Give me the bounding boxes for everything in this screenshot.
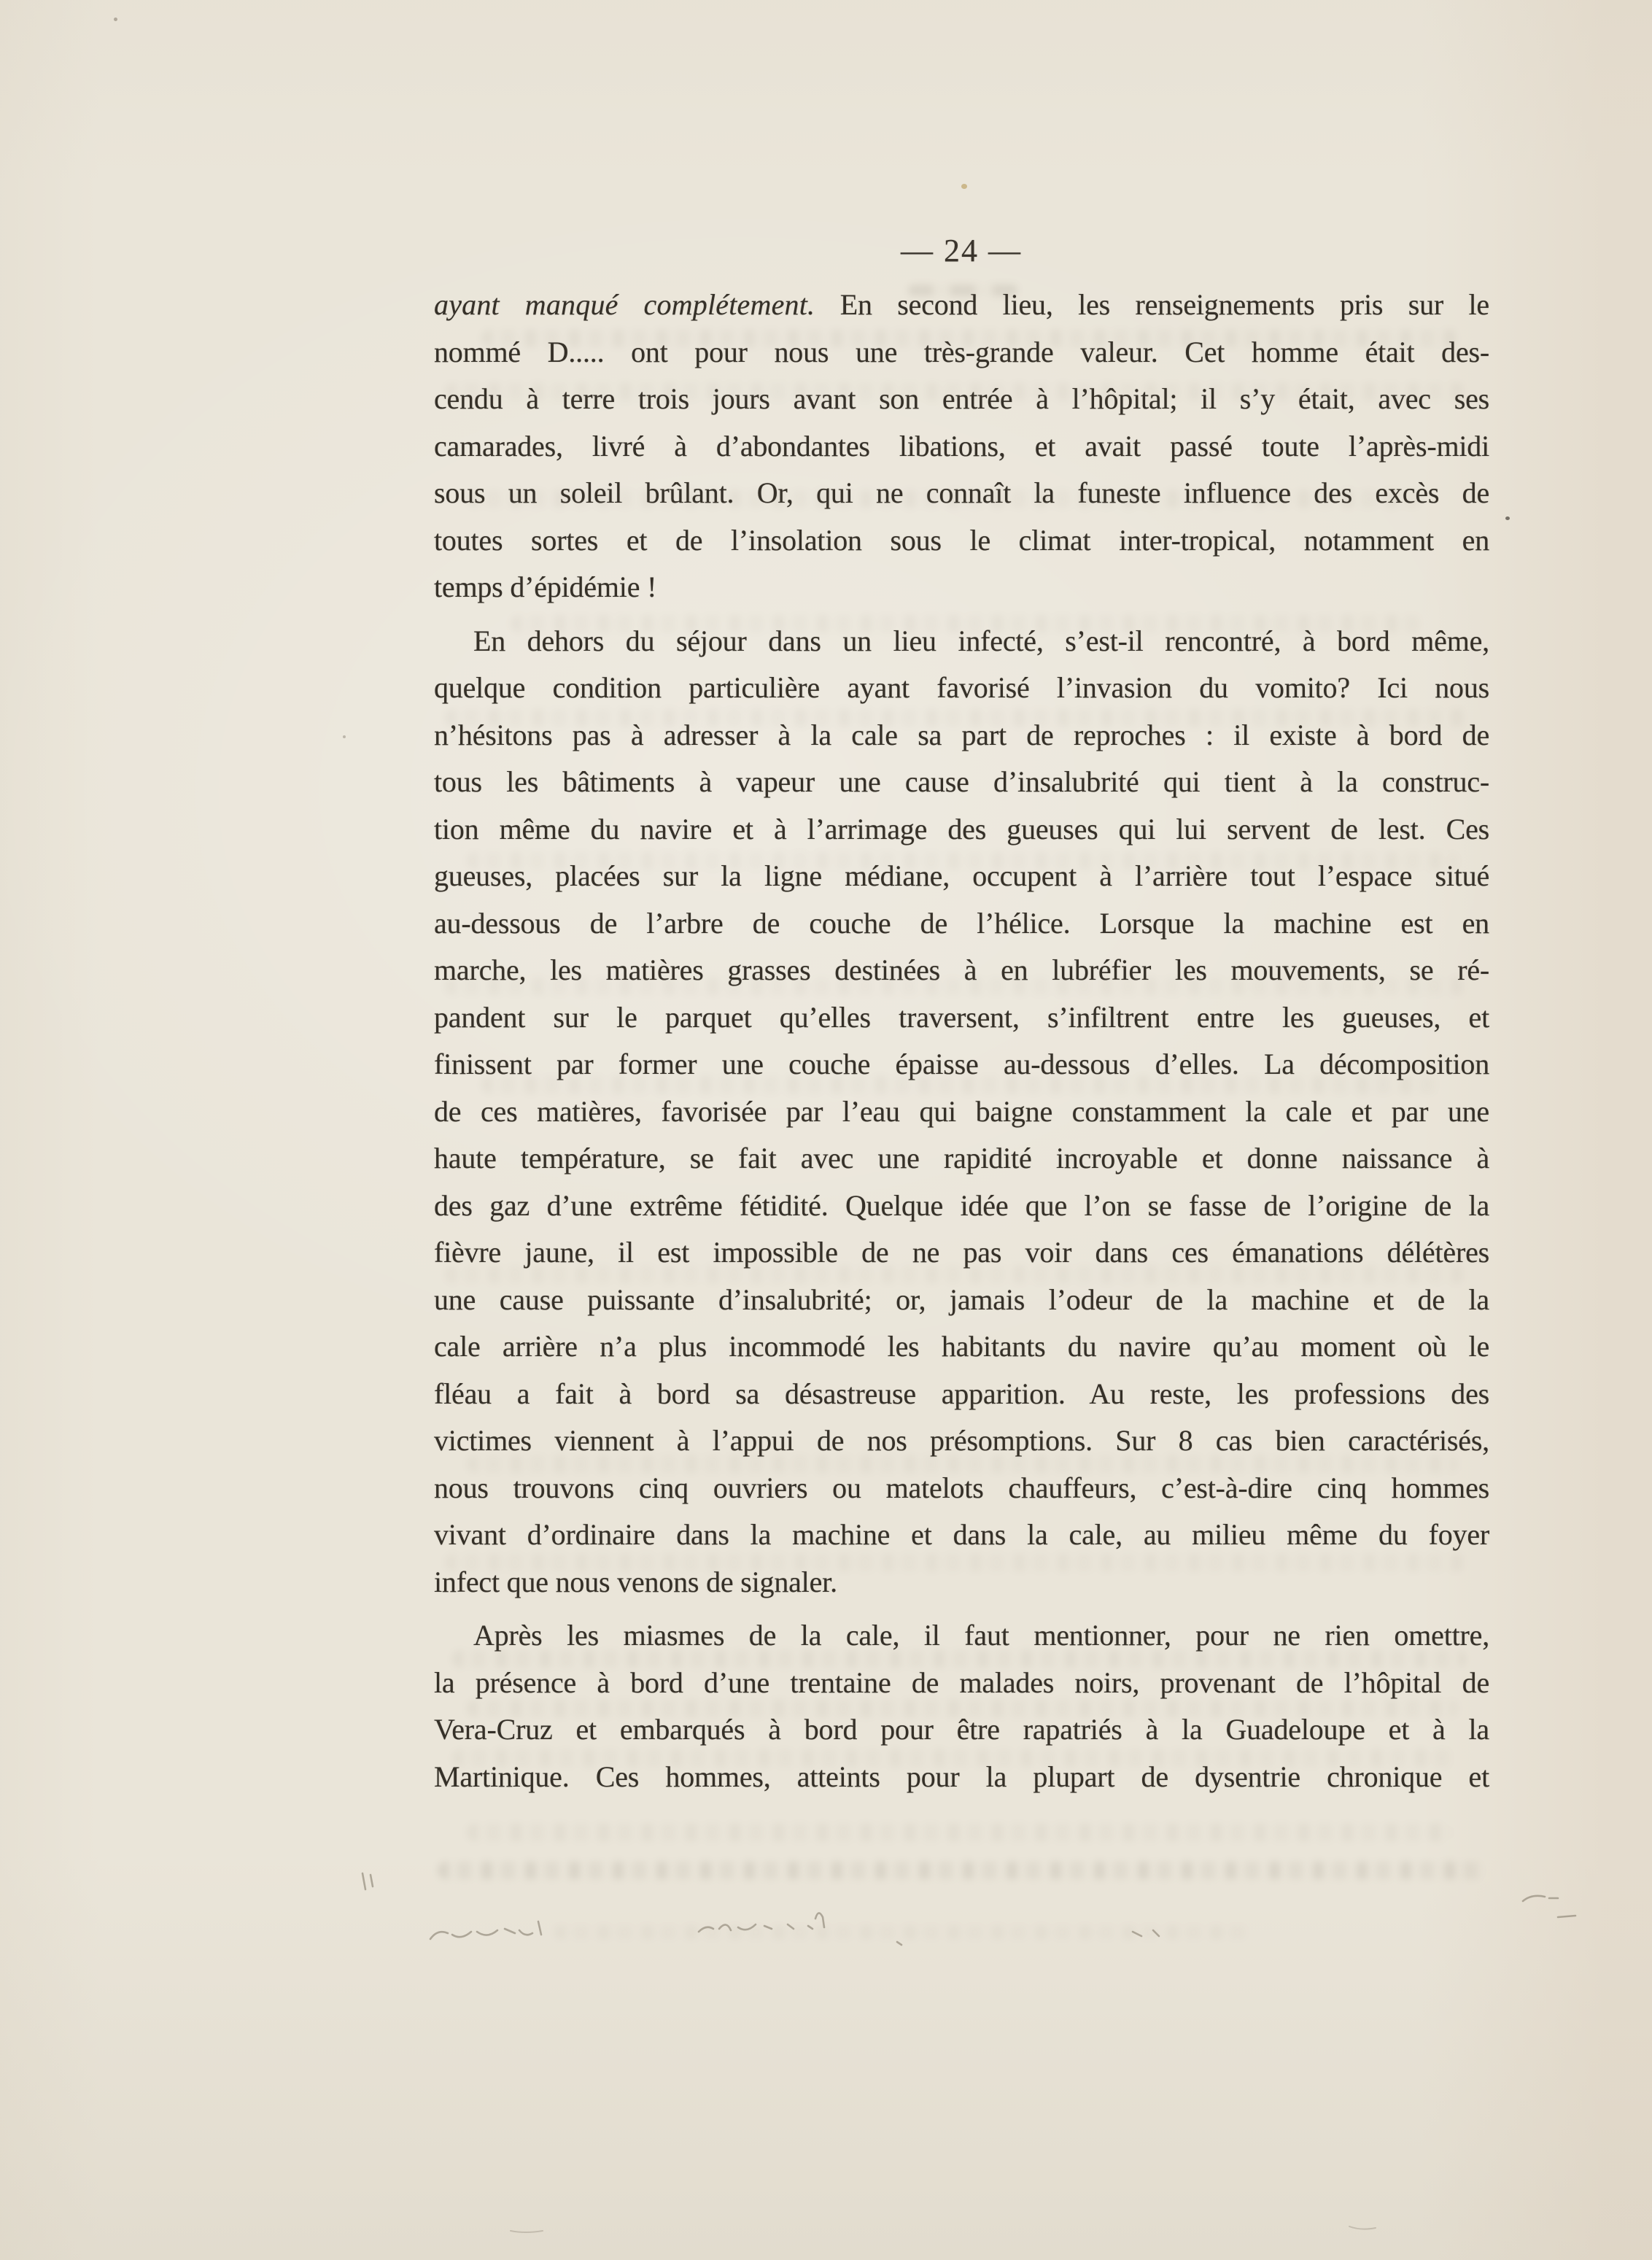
text-line: n’hésitons pas à adresser à la cale sa p…: [434, 712, 1489, 759]
text-line: Vera-Cruz et embarqués à bord pour être …: [434, 1706, 1489, 1754]
page-number: — 24 —: [433, 232, 1489, 269]
text-line: des gaz d’une extrême fétidité. Quelque …: [434, 1183, 1489, 1230]
text-line: une cause puissante d’insalubrité; or, j…: [434, 1277, 1489, 1324]
text-line: ayant manqué complétement. En second lie…: [434, 282, 1489, 329]
text-line: fièvre jaune, il est impossible de ne pa…: [434, 1229, 1489, 1277]
italic-lead: ayant manqué complétement.: [434, 288, 815, 321]
paper-speck-artifact: [343, 735, 346, 738]
text-line: cendu à terre trois jours avant son entr…: [434, 376, 1489, 423]
text-line: haute température, se fait avec une rapi…: [434, 1135, 1489, 1183]
text-line: au-dessous de l’arbre de couche de l’hél…: [434, 900, 1489, 948]
text-line: Martinique. Ces hommes, atteints pour la…: [434, 1754, 1489, 1801]
text-line: marche, les matières grasses destinées à…: [434, 947, 1489, 994]
text-line: infect que nous venons de signaler.: [434, 1559, 1489, 1606]
paper-speck-artifact: [1505, 516, 1510, 520]
text-line: victimes viennent à l’appui de nos préso…: [434, 1417, 1489, 1465]
text-line: tion même du navire et à l’arrimage des …: [434, 806, 1489, 854]
text-line: camarades, livré à d’abondantes libation…: [434, 423, 1489, 471]
text-line: pandent sur le parquet qu’elles traverse…: [434, 994, 1489, 1042]
text-line: finissent par former une couche épaisse …: [434, 1041, 1489, 1088]
bleed-through-artifact: [554, 1926, 1254, 1939]
text-line: tous les bâtiments à vapeur une cause d’…: [434, 759, 1489, 806]
text-line: temps d’épidémie !: [434, 564, 1489, 611]
text-line: quelque condition particulière ayant fav…: [434, 665, 1489, 712]
text-line: fléau a fait à bord sa désastreuse appar…: [434, 1371, 1489, 1418]
text-line: la présence à bord d’une trentaine de ma…: [434, 1660, 1489, 1707]
page-text: ayant manqué complétement. En second lie…: [434, 282, 1489, 1800]
text-line: toutes sortes et de l’insolation sous le…: [434, 517, 1489, 565]
text-line: cale arrière n’a plus incommodé les habi…: [434, 1323, 1489, 1371]
bleed-through-artifact: [438, 1862, 1488, 1879]
paper-speck-artifact: [961, 184, 967, 189]
paragraph: Après les miasmes de la cale, il faut me…: [434, 1612, 1489, 1800]
text-line: gueuses, placées sur la ligne médiane, o…: [434, 853, 1489, 900]
text-line: nous trouvons cinq ouvriers ou matelots …: [434, 1465, 1489, 1512]
paragraph: En dehors du séjour dans un lieu infecté…: [434, 618, 1489, 1606]
text-line: nommé D..... ont pour nous une très-gran…: [434, 329, 1489, 376]
text-line: En dehors du séjour dans un lieu infecté…: [434, 618, 1489, 665]
text-line: de ces matières, favorisée par l’eau qui…: [434, 1088, 1489, 1136]
paper-speck-artifact: [114, 18, 117, 21]
paragraph: ayant manqué complétement. En second lie…: [434, 282, 1489, 611]
text-line: sous un soleil brûlant. Or, qui ne conna…: [434, 470, 1489, 517]
text-line: Après les miasmes de la cale, il faut me…: [434, 1612, 1489, 1660]
bleed-through-artifact: [467, 1824, 1451, 1841]
book-page: — 24 — ayant manqué complétement. En sec…: [0, 0, 1652, 2260]
text-line: vivant d’ordinaire dans la machine et da…: [434, 1512, 1489, 1559]
